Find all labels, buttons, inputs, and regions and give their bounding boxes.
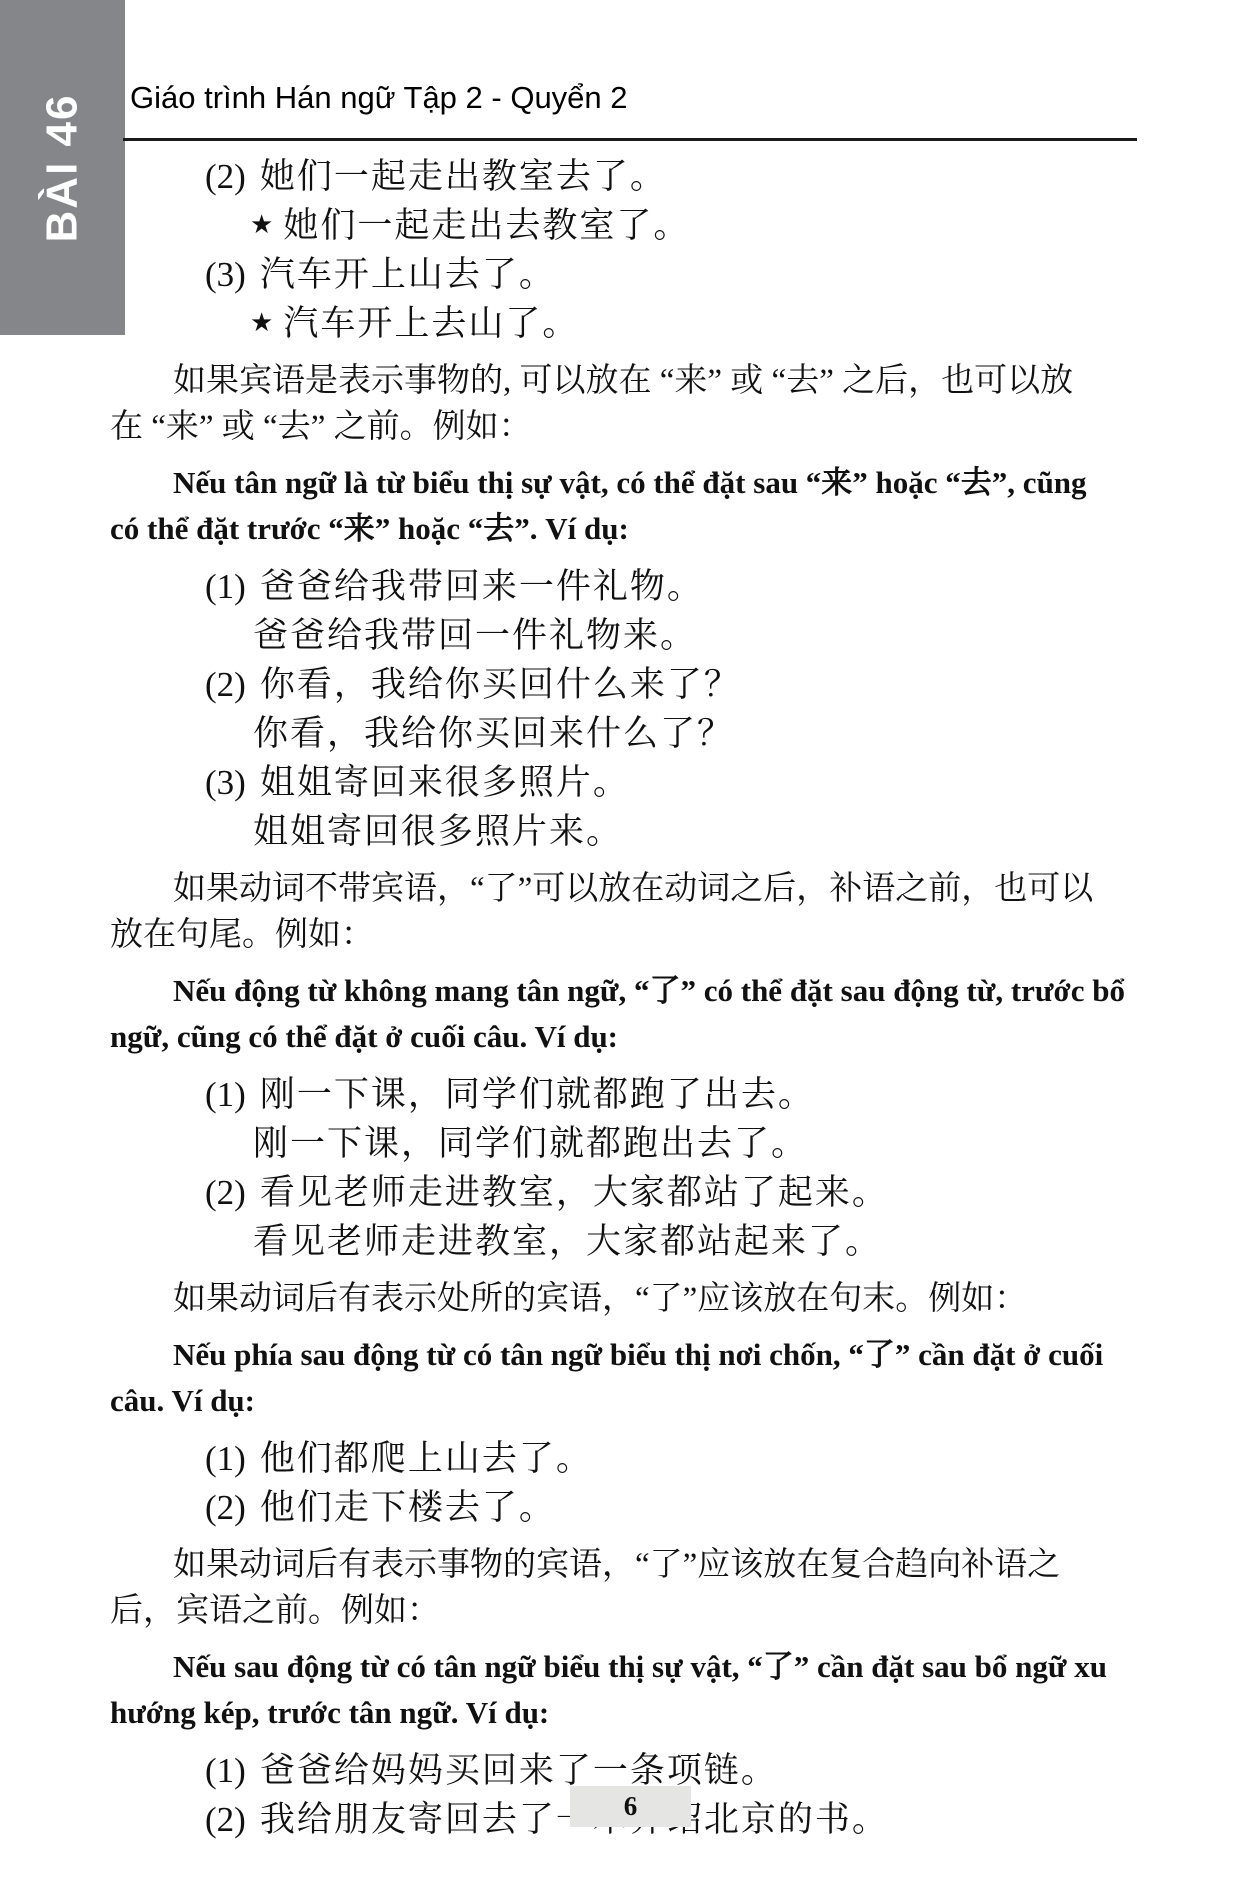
paragraph-line-zh: 在 “来” 或 “去” 之前。例如： bbox=[110, 404, 1155, 450]
example-number: (1) bbox=[205, 1075, 246, 1114]
example-number: (2) bbox=[205, 157, 246, 196]
paragraph-line-vi: ngữ, cũng có thể đặt ở cuối câu. Ví dụ: bbox=[110, 1014, 1155, 1060]
example-number: (1) bbox=[205, 1751, 246, 1790]
example-text: 看见老师走进教室，大家都站了起来。 bbox=[260, 1173, 889, 1212]
paragraph-line-zh: 后，宾语之前。例如： bbox=[110, 1588, 1155, 1634]
example-line: (3)汽车开上山去了。 bbox=[110, 250, 1155, 299]
example-number: (1) bbox=[205, 567, 246, 606]
continuation-line: 爸爸给我带回一件礼物来。 bbox=[110, 611, 1155, 660]
paragraph-line-vi: Nếu tân ngữ là từ biểu thị sự vật, có th… bbox=[110, 460, 1155, 506]
continuation-line: 看见老师走进教室，大家都站起来了。 bbox=[110, 1217, 1155, 1266]
lesson-body: (2)她们一起走出教室去了。 ★她们一起走出去教室了。 (3)汽车开上山去了。 … bbox=[110, 152, 1155, 1844]
continuation-line: 刚一下课，同学们就都跑出去了。 bbox=[110, 1119, 1155, 1168]
paragraph-line-zh: 如果动词后有表示事物的宾语，“了”应该放在复合趋向补语之 bbox=[110, 1542, 1155, 1588]
page-number-box: 6 bbox=[570, 1786, 691, 1827]
paragraph-line-vi: Nếu phía sau động từ có tân ngữ biểu thị… bbox=[110, 1332, 1155, 1378]
example-text: 她们一起走出去教室了。 bbox=[283, 206, 690, 245]
header-rule bbox=[123, 138, 1137, 141]
star-example-line: ★汽车开上去山了。 bbox=[110, 299, 1155, 348]
paragraph-line-vi: có thể đặt trước “来” hoặc “去”. Ví dụ: bbox=[110, 506, 1155, 552]
lesson-tab-label: BÀI 46 bbox=[38, 93, 88, 242]
paragraph-line-zh: 如果宾语是表示事物的, 可以放在 “来” 或 “去” 之后，也可以放 bbox=[110, 358, 1155, 404]
paragraph-line-vi: Nếu động từ không mang tân ngữ, “了” có t… bbox=[110, 968, 1155, 1014]
example-text: 姐姐寄回来很多照片。 bbox=[260, 763, 630, 802]
paragraph-line-zh: 如果动词后有表示处所的宾语，“了”应该放在句末。例如： bbox=[110, 1276, 1155, 1322]
example-number: (3) bbox=[205, 255, 246, 294]
example-text: 他们都爬上山去了。 bbox=[260, 1439, 593, 1478]
example-line: (1)刚一下课，同学们就都跑了出去。 bbox=[110, 1070, 1155, 1119]
star-icon: ★ bbox=[250, 210, 273, 240]
example-number: (2) bbox=[205, 665, 246, 704]
page-title: Giáo trình Hán ngữ Tập 2 - Quyển 2 bbox=[130, 80, 628, 116]
example-line: (2)他们走下楼去了。 bbox=[110, 1483, 1155, 1532]
star-example-line: ★她们一起走出去教室了。 bbox=[110, 201, 1155, 250]
star-icon: ★ bbox=[250, 308, 273, 338]
example-line: (2)你看，我给你买回什么来了？ bbox=[110, 660, 1155, 709]
example-text: 爸爸给我带回来一件礼物。 bbox=[260, 567, 704, 606]
example-line: (2)她们一起走出教室去了。 bbox=[110, 152, 1155, 201]
example-line: (3)姐姐寄回来很多照片。 bbox=[110, 758, 1155, 807]
example-line: (1)爸爸给我带回来一件礼物。 bbox=[110, 562, 1155, 611]
paragraph-line-vi: Nếu sau động từ có tân ngữ biểu thị sự v… bbox=[110, 1644, 1155, 1690]
example-text: 汽车开上山去了。 bbox=[260, 255, 556, 294]
example-line: (2)看见老师走进教室，大家都站了起来。 bbox=[110, 1168, 1155, 1217]
example-text: 汽车开上去山了。 bbox=[283, 304, 579, 343]
paragraph-line-vi: hướng kép, trước tân ngữ. Ví dụ: bbox=[110, 1690, 1155, 1736]
paragraph-line-zh: 放在句尾。例如： bbox=[110, 912, 1155, 958]
example-text: 刚一下课，同学们就都跑了出去。 bbox=[260, 1075, 815, 1114]
example-text: 你看，我给你买回什么来了？ bbox=[260, 665, 741, 704]
example-text: 爸爸给妈妈买回来了一条项链。 bbox=[260, 1751, 778, 1790]
continuation-line: 你看，我给你买回来什么了？ bbox=[110, 709, 1155, 758]
example-number: (2) bbox=[205, 1800, 246, 1839]
paragraph-line-zh: 如果动词不带宾语，“了”可以放在动词之后，补语之前，也可以 bbox=[110, 866, 1155, 912]
page-number: 6 bbox=[624, 1791, 638, 1822]
example-text: 他们走下楼去了。 bbox=[260, 1488, 556, 1527]
paragraph-line-vi: câu. Ví dụ: bbox=[110, 1378, 1155, 1424]
example-number: (3) bbox=[205, 763, 246, 802]
example-number: (2) bbox=[205, 1173, 246, 1212]
continuation-line: 姐姐寄回很多照片来。 bbox=[110, 807, 1155, 856]
example-number: (2) bbox=[205, 1488, 246, 1527]
example-number: (1) bbox=[205, 1439, 246, 1478]
example-line: (1)他们都爬上山去了。 bbox=[110, 1434, 1155, 1483]
lesson-tab: BÀI 46 bbox=[0, 0, 125, 335]
example-text: 她们一起走出教室去了。 bbox=[260, 157, 667, 196]
